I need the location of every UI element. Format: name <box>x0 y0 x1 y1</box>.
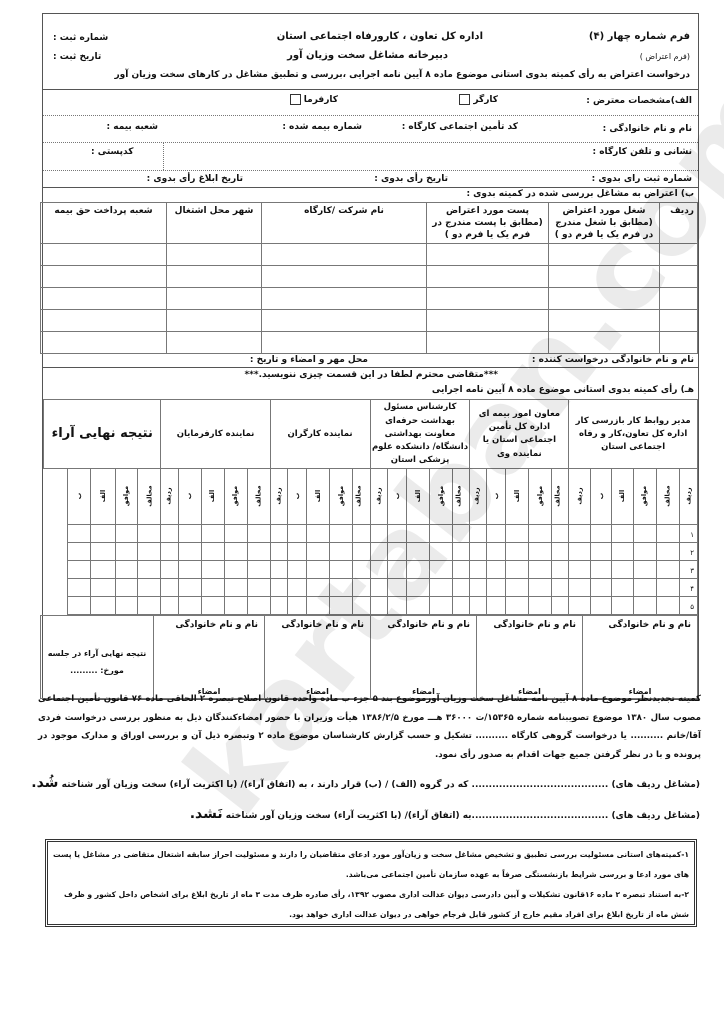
section-b-title: ب) اعتراض به مشاغل بررسی شده در کمیته بد… <box>466 189 694 199</box>
section-a-header-row: الف)مشخصات معترض : کارگر کارفرما <box>43 90 698 116</box>
notify-date-field[interactable]: تاریخ ابلاغ رأی بدوی : <box>147 174 243 184</box>
form-frame: فرم شماره چهار (۴) (فرم اعتراض ) اداره ک… <box>42 13 699 700</box>
section-a-ruling-row: شماره ثبت رای بدوی : تاریخ رأی بدوی : تا… <box>43 171 698 188</box>
table-row <box>41 310 698 332</box>
table-row <box>41 332 698 354</box>
vote-row: ۴ <box>44 579 698 597</box>
applicant-name-field[interactable]: نام و نام خانوادگی درخواست کننده : <box>532 355 694 365</box>
signature-employers-rep[interactable]: نام و نام خانوادگیامضاء <box>154 616 265 699</box>
do-not-write-notice: ***متقاضی محترم لطفا در این قسمت چیزی نن… <box>244 370 498 380</box>
section-a-title: الف)مشخصات معترض : <box>586 96 692 106</box>
table-row <box>41 244 698 266</box>
rejected-jobs-line: (مشاغل ردیف های) .......................… <box>190 806 700 822</box>
group-labor-relations-director: مدیر روابط کار بازرسی کار اداره کل تعاون… <box>569 400 698 469</box>
form-header: فرم شماره چهار (۴) (فرم اعتراض ) اداره ک… <box>43 14 698 90</box>
signature-table: نام و نام خانوادگیامضاء نام و نام خانواد… <box>40 615 698 699</box>
vote-group-header-row: مدیر روابط کار بازرسی کار اداره کل تعاون… <box>44 400 698 469</box>
final-result-session[interactable]: نتیجه نهایی آراء در جلسه مورخ: ......... <box>41 616 154 699</box>
approved-emphasis: شُد. <box>31 775 58 791</box>
applicant-row: نام و نام خانوادگی درخواست کننده : محل م… <box>43 354 698 368</box>
option-employer[interactable]: کارفرما <box>290 94 338 105</box>
signature-workers-rep[interactable]: نام و نام خانوادگیامضاء <box>265 616 371 699</box>
insurance-branch-field[interactable]: شعبه بیمه : <box>107 122 158 132</box>
vote-row: ۵ <box>44 597 698 615</box>
org-name: اداره کل تعاون ، کارورفاه اجتماعی استان <box>277 31 483 42</box>
section-b-title-row: ب) اعتراض به مشاغل بررسی شده در کمیته بد… <box>43 188 698 202</box>
signature-health-expert[interactable]: نام و نام خانوادگیامضاء <box>371 616 477 699</box>
ruling-paragraph: کمیته تجدیدنظر موضوع ماده ۸ آیین نامه مش… <box>38 690 701 764</box>
col-city: شهر محل اشتغال <box>167 203 262 244</box>
table-row <box>41 266 698 288</box>
form-page: فرم شماره چهار (۴) (فرم اعتراض ) اداره ک… <box>0 0 724 1024</box>
approved-jobs-line: (مشاغل ردیف های) .......................… <box>31 775 700 791</box>
section-a-address-row: نشانی و تلفن کارگاه : کدپستی : <box>43 143 698 171</box>
reg-date-label: تاریخ ثبت : <box>53 52 101 62</box>
insurance-number-field[interactable]: شماره بیمه شده : <box>282 122 362 132</box>
final-result-label: نتیجه نهایی آراء در جلسه <box>41 646 153 663</box>
ruling-number-field[interactable]: شماره ثبت رای بدوی : <box>592 174 692 184</box>
col-company: نام شرکت /کارگاه <box>262 203 427 244</box>
section-h-title: هـ) رأی کمیته بدوی استانی موضوع ماده ۸ آ… <box>432 385 694 395</box>
note-2: ۲-به استناد تبصره ۲ ماده ۱۶قانون تشکیلات… <box>53 885 689 925</box>
committee-vote-table: مدیر روابط کار بازرسی کار اداره کل تعاون… <box>43 399 698 615</box>
stamp-signature-field[interactable]: محل مهر و امضاء و تاریخ : <box>250 355 368 365</box>
vote-row: ۲ <box>44 543 698 561</box>
session-date-field[interactable]: مورخ: ......... <box>41 663 153 680</box>
employer-checkbox[interactable] <box>290 94 301 105</box>
vote-subcolumn-row: ردیف مخالفموافقالفبردیف مخالفموافقالفبرد… <box>44 469 698 525</box>
group-social-security-deputy: معاون امور بیمه ای اداره کل تأمین اجتماع… <box>470 400 569 469</box>
group-final-result: نتیجه نهایی آراء <box>44 400 161 469</box>
reg-number-label: شماره ثبت : <box>53 33 108 43</box>
form-main-title: درخواست اعتراض به رأی کمیته بدوی استانی … <box>115 70 691 80</box>
ruling-date-field[interactable]: تاریخ رأی بدوی : <box>374 174 448 184</box>
col-job: شغل مورد اعتراض (مطابق با شغل مندرج در ف… <box>549 203 660 244</box>
option-employer-label: کارفرما <box>304 95 338 105</box>
signature-insurance-deputy[interactable]: نام و نام خانوادگیامضاء <box>477 616 583 699</box>
note-1: ۱-کمیته‌های استانی مسئولیت بررسی تطبیق و… <box>53 845 689 885</box>
address-field[interactable]: نشانی و تلفن کارگاه : <box>593 147 692 157</box>
postal-code-field[interactable]: کدپستی : <box>91 147 133 157</box>
group-workers-representative: نماینده کارگران <box>270 400 370 469</box>
name-field[interactable]: نام و نام خانوادگی : <box>603 124 692 134</box>
option-worker[interactable]: کارگر <box>459 94 498 105</box>
worker-checkbox[interactable] <box>459 94 470 105</box>
table-row <box>41 288 698 310</box>
signature-labor-director[interactable]: نام و نام خانوادگیامضاء <box>583 616 698 699</box>
table-header-row: ردیف شغل مورد اعتراض (مطابق با شغل مندرج… <box>41 203 698 244</box>
vote-row: ۱ <box>44 525 698 543</box>
notes-box: ۱-کمیته‌های استانی مسئولیت بررسی تطبیق و… <box>45 839 697 927</box>
group-employers-representative: نماینده کارفرمایان <box>161 400 270 469</box>
office-use-area: ***متقاضی محترم لطفا در این قسمت چیزی نن… <box>43 368 698 399</box>
form-subtitle: (فرم اعتراض ) <box>640 52 690 61</box>
col-post: پست مورد اعتراض (مطابق با پست مندرج در ف… <box>427 203 549 244</box>
col-insurance-branch: شعبه پرداخت حق بیمه <box>41 203 167 244</box>
option-worker-label: کارگر <box>473 95 498 105</box>
group-occupational-health-expert: کارشناس مسئول بهداشت حرفه‌ای معاونت بهدا… <box>370 400 470 469</box>
workshop-code-field[interactable]: کد تأمین اجتماعی کارگاه : <box>402 122 518 132</box>
form-title: فرم شماره چهار (۴) <box>589 31 690 42</box>
postal-divider <box>163 143 164 170</box>
objection-jobs-table: ردیف شغل مورد اعتراض (مطابق با شغل مندرج… <box>40 202 698 354</box>
section-a-identity-row: نام و نام خانوادگی : کد تأمین اجتماعی کا… <box>43 116 698 143</box>
sub-row-number: ردیف <box>679 469 697 525</box>
secretariat-name: دبیرخانه مشاغل سخت وزیان آور <box>287 50 448 61</box>
rejected-emphasis: نَشد. <box>190 806 223 822</box>
col-row: ردیف <box>660 203 698 244</box>
signature-row: نام و نام خانوادگیامضاء نام و نام خانواد… <box>41 616 698 699</box>
vote-row: ۳ <box>44 561 698 579</box>
